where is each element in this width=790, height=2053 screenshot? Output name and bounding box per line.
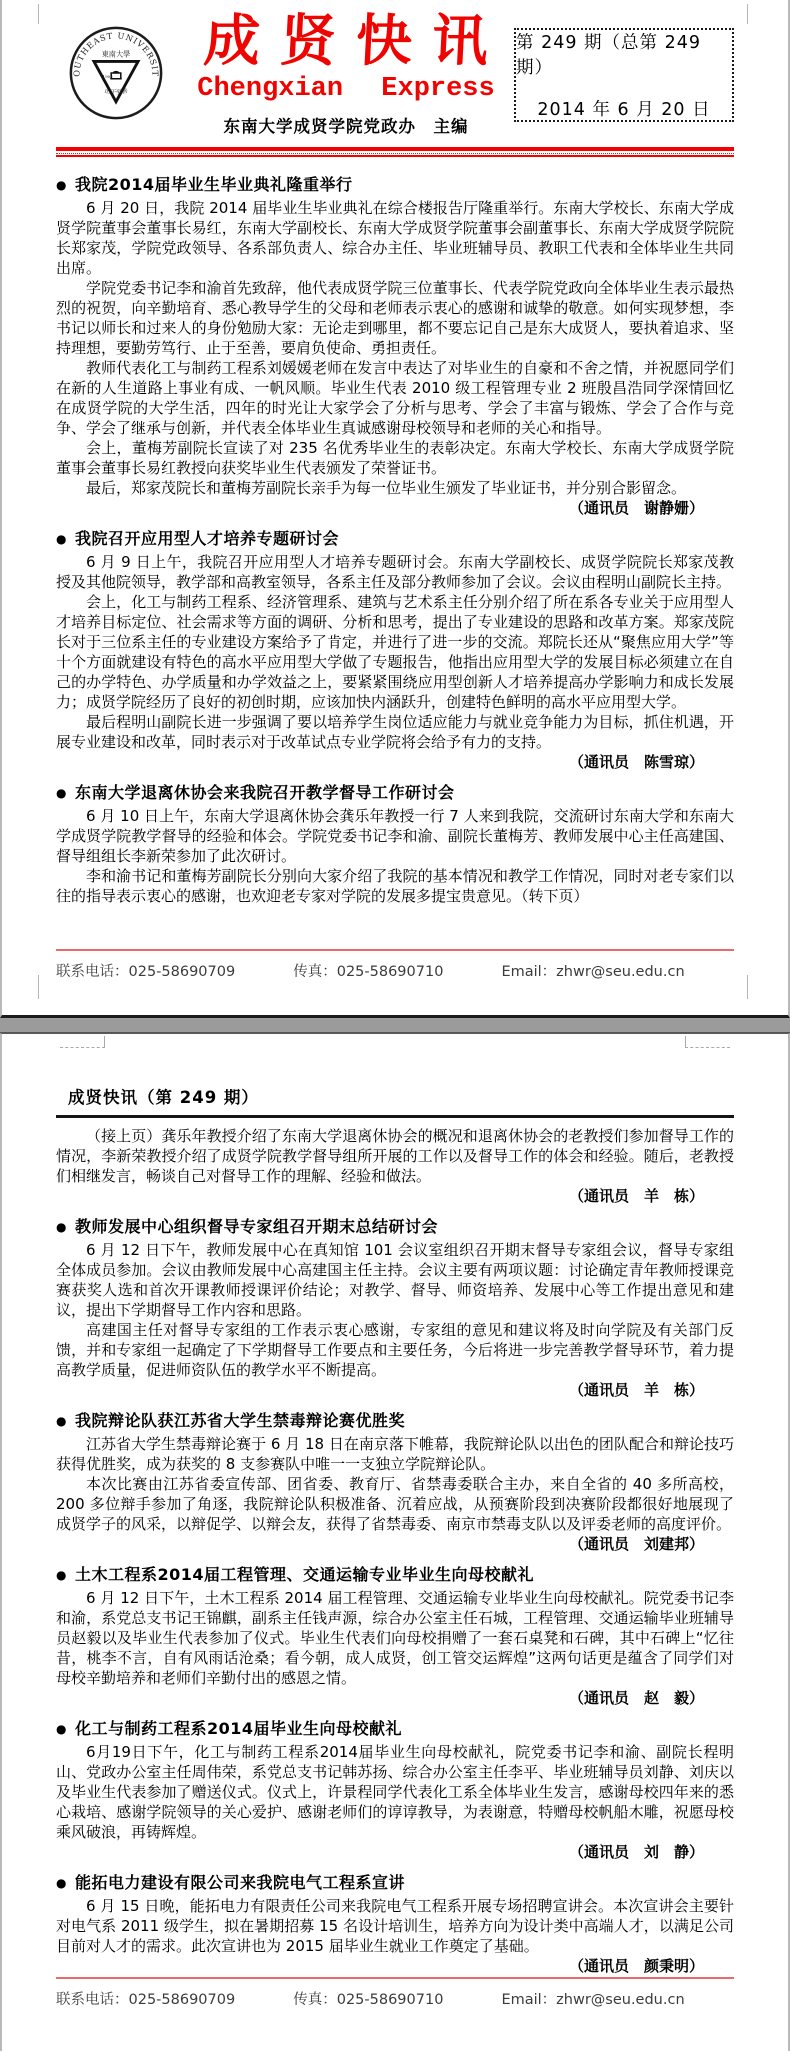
article-title: ●我院召开应用型人才培养专题研讨会 [56,526,734,549]
article-paragraph: 6 月 10 日上午，东南大学退离休协会龚乐年教授一行 7 人来到我院，交流研讨… [56,806,734,866]
newsletter-page-2: 成贤快讯（第 249 期） （接上页）龚乐年教授介绍了东南大学退离休协会的概况和… [0,1033,790,2051]
margin-mark [747,975,748,999]
article-title-text: 土木工程系2014届工程管理、交通运输专业毕业生向母校献礼 [75,1565,534,1584]
articles-page-2: （接上页）龚乐年教授介绍了东南大学退离休协会的概况和退离休协会的老教授们参加督导… [56,1126,734,1977]
newsletter-subtitle: Chengxian Express [178,74,514,104]
article-title: ●我院2014届毕业生毕业典礼隆重举行 [56,172,734,195]
article-byline: （通讯员 赵 毅） [56,1688,734,1709]
article-byline: （通讯员 谢静姗） [56,498,734,519]
article-title-text: 我院2014届毕业生毕业典礼隆重举行 [75,175,353,194]
article-paragraph: 6 月 20 日，我院 2014 届毕业生毕业典礼在综合楼报告厅隆重举行。东南大… [56,198,734,278]
footer-fax: 传真：025-58690710 [293,1988,443,2009]
article-title: ●能拓电力建设有限公司来我院电气工程系宣讲 [56,1870,734,1893]
article-byline: （通讯员 刘 静） [56,1842,734,1863]
margin-mark [38,975,39,999]
articles-page-1: ●我院2014届毕业生毕业典礼隆重举行6 月 20 日，我院 2014 届毕业生… [56,165,734,906]
article-paragraph: 6 月 9 日上午，我院召开应用型人才培养专题研讨会。东南大学副校长、成贤学院院… [56,552,734,592]
article-title: ●土木工程系2014届工程管理、交通运输专业毕业生向母校献礼 [56,1562,734,1585]
footer-email: Email：zhwr@seu.edu.cn [501,960,684,981]
bullet-icon: ● [56,1876,67,1890]
article-paragraph: 6 月 12 日下午，土木工程系 2014 届工程管理、交通运输专业毕业生向母校… [56,1588,734,1688]
footer-divider [56,949,734,951]
article-paragraph: 会上，化工与制药工程系、经济管理系、建筑与艺术系主任分别介绍了所在系各专业关于应… [56,592,734,712]
contact-line: 联系电话：025-58690709 传真：025-58690710 Email：… [56,1988,734,2009]
seu-logo: SOUTHEAST UNIVERSITY 東南大學 1902 止于至善 [68,25,164,125]
margin-mark [747,4,748,24]
article-title-text: 化工与制药工程系2014届毕业生向母校献礼 [75,1719,402,1738]
article-byline: （通讯员 陈雪琼） [56,752,734,773]
issue-date: 2014 年 6 月 20 日 [537,96,710,121]
footer-divider [56,1977,734,1979]
article-byline: （通讯员 羊 栋） [56,1186,734,1207]
issue-box: 第 249 期（总第 249 期） 2014 年 6 月 20 日 [514,28,734,122]
article-paragraph: 最后程明山副院长进一步强调了要以培养学生岗位适应能力与就业竞争能力为目标，抓住机… [56,712,734,752]
page-footer: 联系电话：025-58690709 传真：025-58690710 Email：… [56,949,734,981]
university-seal-icon: SOUTHEAST UNIVERSITY 東南大學 1902 止于至善 [68,25,164,121]
bullet-icon: ● [56,786,67,800]
newsletter-document: SOUTHEAST UNIVERSITY 東南大學 1902 止于至善 成贤快讯… [0,0,790,2051]
article-title-text: 东南大学退离休协会来我院召开教学督导工作研讨会 [75,783,455,802]
article-title-text: 教师发展中心组织督导专家组召开期末总结研讨会 [75,1217,438,1236]
article-title: ●东南大学退离休协会来我院召开教学督导工作研讨会 [56,780,734,803]
margin-mark [685,1036,730,1048]
issue-number: 第 249 期（总第 249 期） [516,29,732,79]
article-paragraph: 教师代表化工与制药工程系刘媛媛老师在发言中表达了对毕业生的自豪和不舍之情，并祝愿… [56,358,734,438]
article-byline: （通讯员 羊 栋） [56,1380,734,1401]
masthead-titles: 成贤快讯 Chengxian Express 东南大学成贤学院党政办 主编 [178,12,514,137]
masthead: SOUTHEAST UNIVERSITY 東南大學 1902 止于至善 成贤快讯… [56,12,734,137]
article-paragraph: 6 月 12 日下午，教师发展中心在真知馆 101 会议室组织召开期末督导专家组… [56,1240,734,1320]
article-title-text: 能拓电力建设有限公司来我院电气工程系宣讲 [75,1873,405,1892]
bullet-icon: ● [56,1220,67,1234]
bullet-icon: ● [56,532,67,546]
article-paragraph: （接上页）龚乐年教授介绍了东南大学退离休协会的概况和退离休协会的老教授们参加督导… [56,1126,734,1186]
bullet-icon: ● [56,1722,67,1736]
page-separator [0,1018,790,1033]
footer-phone: 联系电话：025-58690709 [56,1988,235,2009]
page-footer: 联系电话：025-58690709 传真：025-58690710 Email：… [56,1977,734,2009]
svg-text:東南大學: 東南大學 [102,49,131,58]
article-paragraph: 最后，郑家茂院长和董梅芳副院长亲手为每一位毕业生颁发了毕业证书，并分别合影留念。 [56,478,734,498]
publisher-line: 东南大学成贤学院党政办 主编 [178,113,514,137]
bullet-icon: ● [56,1568,67,1582]
article-paragraph: 高建国主任对督导专家组的工作表示衷心感谢，专家组的意见和建议将及时向学院及有关部… [56,1320,734,1380]
footer-fax: 传真：025-58690710 [293,960,443,981]
footer-email: Email：zhwr@seu.edu.cn [501,1988,684,2009]
newsletter-page-1: SOUTHEAST UNIVERSITY 東南大學 1902 止于至善 成贤快讯… [0,0,790,1018]
article-title: ●教师发展中心组织督导专家组召开期末总结研讨会 [56,1214,734,1237]
bullet-icon: ● [56,1414,67,1428]
page2-running-header: 成贤快讯（第 249 期） [68,1084,734,1108]
newsletter-title: 成贤快讯 [176,12,515,72]
article-paragraph: 会上，董梅芳副院长宣读了对 235 名优秀毕业生的表彰决定。东南大学校长、东南大… [56,438,734,478]
footer-phone: 联系电话：025-58690709 [56,960,235,981]
article-paragraph: 6 月 15 日晚，能拓电力有限责任公司来我院电气工程系开展专场招聘宣讲会。本次… [56,1896,734,1956]
article-paragraph: 学院党委书记李和渝首先致辞，他代表成贤学院三位董事长、代表学院党政向全体毕业生表… [56,278,734,358]
article-paragraph: 江苏省大学生禁毒辩论赛于 6 月 18 日在南京落下帷幕，我院辩论队以出色的团队… [56,1434,734,1474]
svg-text:1902: 1902 [103,73,114,78]
bullet-icon: ● [56,178,67,192]
margin-mark [60,1036,105,1048]
article-paragraph: 6月19日下午，化工与制药工程系2014届毕业生向母校献礼，院党委书记李和渝、副… [56,1742,734,1842]
margin-mark [38,4,39,24]
contact-line: 联系电话：025-58690709 传真：025-58690710 Email：… [56,960,734,981]
article-byline: （通讯员 刘建邦） [56,1534,734,1555]
article-title-text: 我院辩论队获江苏省大学生禁毒辩论赛优胜奖 [75,1411,405,1430]
article-title: ●我院辩论队获江苏省大学生禁毒辩论赛优胜奖 [56,1408,734,1431]
masthead-divider [56,147,734,157]
page2-header-rule [56,1115,734,1118]
article-title: ●化工与制药工程系2014届毕业生向母校献礼 [56,1716,734,1739]
article-paragraph: 本次比赛由江苏省委宣传部、团省委、教育厅、省禁毒委联合主办，来自全省的 40 多… [56,1474,734,1534]
article-paragraph: 李和渝书记和董梅芳副院长分别向大家介绍了我院的基本情况和教学工作情况，同时对老专… [56,866,734,906]
article-byline: （通讯员 颜秉明） [56,1956,734,1977]
article-title-text: 我院召开应用型人才培养专题研讨会 [75,529,339,548]
